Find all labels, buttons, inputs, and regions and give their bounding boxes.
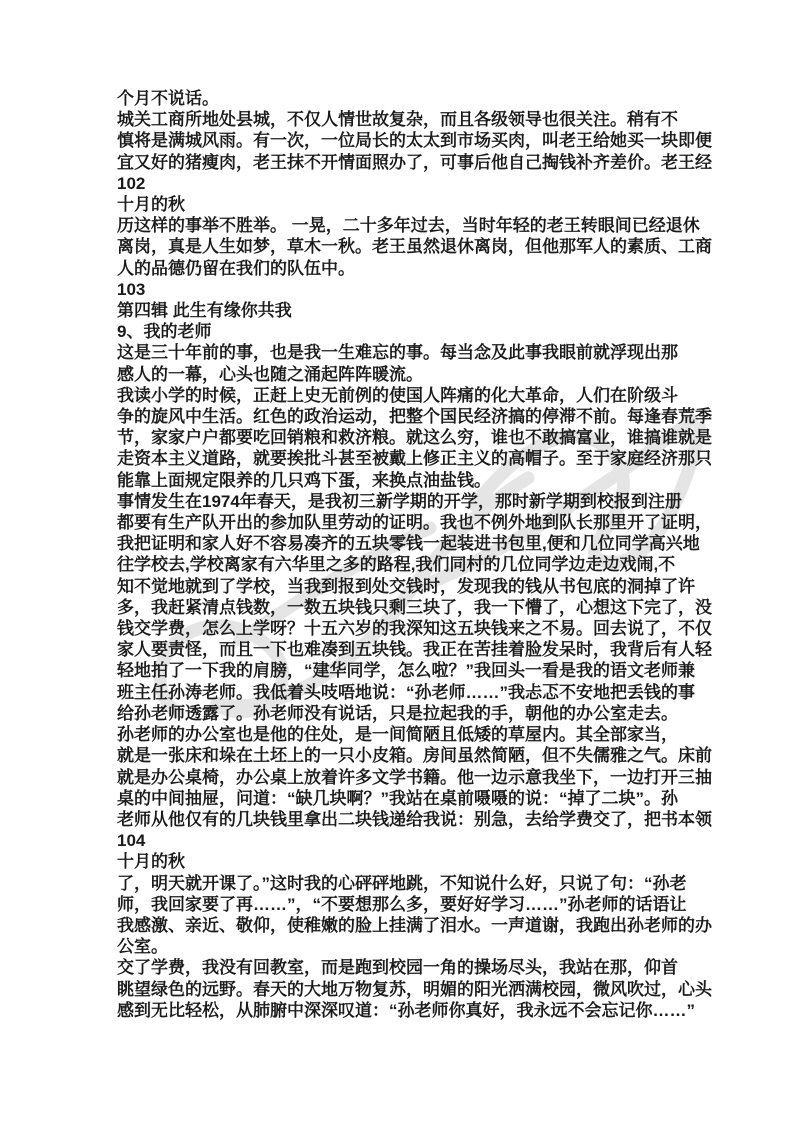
document-page: 个月不说话。城关工商所地处县城，不仅人情世故复杂，而且各级领导也很关注。稍有不慎…: [0, 0, 793, 1122]
text-line: 眺望绿色的远野。春天的大地万物复苏，明媚的阳光洒满校园，微风吹过，心头: [117, 979, 737, 1000]
text-line: 家人要责怪，而且一下也难凑到五块钱。我正在苦挂着脸发呆时，我背后有人轻: [117, 639, 737, 660]
text-line: 个月不说话。: [117, 88, 737, 109]
text-line: 孙老师的办公室也是他的住处，是一间简陋且低矮的草屋内。其全部家当，: [117, 724, 737, 745]
text-line: 往学校去,学校离家有六华里之多的路程,我们同村的几位同学边走边戏闹,不: [117, 554, 737, 575]
text-line: 走资本主义道路，就要挨批斗甚至被戴上修正主义的高帽子。至于家庭经济那只: [117, 448, 737, 469]
text-line: 都要有生产队开出的参加队里劳动的证明。我也不例外地到队长那里开了证明，: [117, 512, 737, 533]
text-line: 能靠上面规定限养的几只鸡下蛋，来换点油盐钱。: [117, 470, 737, 491]
text-line: 知不觉地就到了学校，当我到报到处交钱时，发现我的钱从书包底的洞掉了许: [117, 576, 737, 597]
text-line: 感到无比轻松，从肺腑中深深叹道：“孙老师你真好，我永远不会忘记你……”: [117, 1000, 737, 1021]
text-line: 师，我回家要了再……”，“不要想那么多，要好好学习……”孙老师的话语让: [117, 894, 737, 915]
text-line: 轻地拍了一下我的肩膀，“建华同学，怎么啦？”我回头一看是我的语文老师兼: [117, 660, 737, 681]
text-line: 历这样的事举不胜举。 一晃，二十多年过去，当时年轻的老王转眼间已经退休: [117, 215, 737, 236]
text-line: 了，明天就开课了。”这时我的心砰砰地跳，不知说什么好，只说了句：“孙老: [117, 873, 737, 894]
running-header: 十月的秋: [117, 851, 737, 872]
text-line: 就是一张床和垛在土坯上的一只小皮箱。房间虽然简陋，但不失儒雅之气。床前: [117, 745, 737, 766]
text-line: 就是办公桌椅，办公桌上放着许多文学书籍。他一边示意我坐下，一边打开三抽: [117, 767, 737, 788]
text-line: 交了学费，我没有回教室，而是跑到校园一角的操场尽头，我站在那，仰首: [117, 957, 737, 978]
text-line: 我把证明和家人好不容易凑齐的五块零钱一起装进书包里,便和几位同学高兴地: [117, 533, 737, 554]
document-text-block: 个月不说话。城关工商所地处县城，不仅人情世故复杂，而且各级领导也很关注。稍有不慎…: [117, 88, 737, 1021]
text-line: 人的品德仍留在我们的队伍中。: [117, 258, 737, 279]
text-line: 公室。: [117, 936, 737, 957]
text-line: 慎将是满城风雨。有一次，一位局长的太太到市场买肉，叫老王给她买一块即便: [117, 130, 737, 151]
page-number: 103: [117, 279, 737, 300]
text-line: 老师从他仅有的几块钱里拿出二块钱递给我说：别急，去给学费交了，把书本领: [117, 809, 737, 830]
text-line: 离岗，真是人生如梦，草木一秋。老王虽然退休离岗，但他那军人的素质、工商: [117, 236, 737, 257]
text-line: 这是三十年前的事，也是我一生难忘的事。每当念及此事我眼前就浮现出那: [117, 342, 737, 363]
text-line: 我感激、亲近、敬仰，使稚嫩的脸上挂满了泪水。一声道谢，我跑出孙老师的办: [117, 915, 737, 936]
text-line: 给孙老师透露了。孙老师没有说话，只是拉起我的手，朝他的办公室走去。: [117, 703, 737, 724]
text-line: 桌的中间抽屉，问道：“缺几块啊？”我站在桌前嗫嗫的说：“掉了二块”。孙: [117, 788, 737, 809]
text-line: 感人的一幕，心头也随之涌起阵阵暖流。: [117, 364, 737, 385]
text-line: 多，我赶紧清点钱数，一数五块钱只剩三块了，我一下懵了，心想这下完了，没: [117, 597, 737, 618]
text-line: 宜又好的猪瘦肉，老王抹不开情面照办了，可事后他自己掏钱补齐差价。老王经: [117, 152, 737, 173]
text-line: 我读小学的时候，正赶上史无前例的使国人阵痛的化大革命，人们在阶级斗: [117, 385, 737, 406]
section-heading: 第四辑 此生有缘你共我: [117, 300, 737, 321]
text-line: 事情发生在1974年春天，是我初三新学期的开学，那时新学期到校报到注册: [117, 491, 737, 512]
chapter-title: 9、我的老师: [117, 321, 737, 342]
text-line: 争的旋风中生活。红色的政治运动，把整个国民经济搞的停滞不前。每逢春荒季: [117, 406, 737, 427]
text-line: 节，家家户户都要吃回销粮和救济粮。就这么穷，谁也不敢搞富业，谁搞谁就是: [117, 427, 737, 448]
running-header: 十月的秋: [117, 194, 737, 215]
page-number: 104: [117, 830, 737, 851]
text-line: 城关工商所地处县城，不仅人情世故复杂，而且各级领导也很关注。稍有不: [117, 109, 737, 130]
text-line: 班主任孙涛老师。我低着头吱唔地说：“孙老师……”我忐忑不安地把丢钱的事: [117, 682, 737, 703]
page-number: 102: [117, 173, 737, 194]
text-line: 钱交学费，怎么上学呀？十五六岁的我深知这五块钱来之不易。回去说了，不仅: [117, 618, 737, 639]
